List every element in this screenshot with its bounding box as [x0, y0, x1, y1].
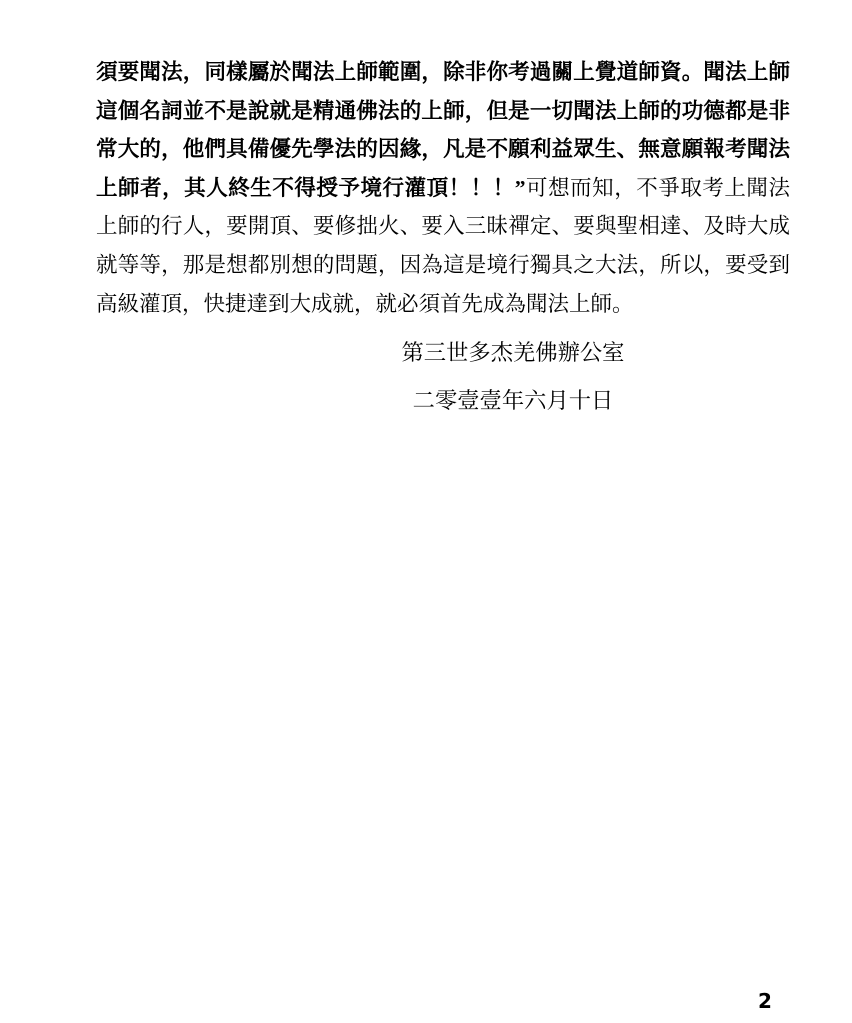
signature-date: 二零壹壹年六月十日: [236, 384, 790, 418]
signature-organization: 第三世多杰羌佛辦公室: [236, 336, 790, 370]
paragraph-line: 上師者，其人終生不得授予境行灌頂！！！”可想而知，不爭取考上聞法: [96, 169, 790, 208]
regular-text: 上師的行人，要開頂、要修拙火、要入三昧禪定、要與聖相達、及時大成: [96, 214, 790, 238]
paragraph-line: 這個名詞並不是說就是精通佛法的上師，但是一切聞法上師的功德都是非: [96, 92, 790, 131]
regular-text: 可想而知，不爭取考上聞法: [526, 176, 790, 200]
bold-text: 須要聞法，同樣屬於聞法上師範圍，除非你考過關上覺道師資。聞法上師: [96, 60, 790, 84]
regular-text: 高級灌頂，快捷達到大成就，就必須首先成為聞法上師。: [96, 292, 634, 316]
regular-text: 就等等，那是想都別想的問題，因為這是境行獨具之大法，所以，要受到: [96, 253, 790, 277]
paragraph-line: 高級灌頂，快捷達到大成就，就必須首先成為聞法上師。: [96, 285, 790, 324]
paragraph-line: 常大的，他們具備優先學法的因緣，凡是不願利益眾生、無意願報考聞法: [96, 130, 790, 169]
paragraph-line: 須要聞法，同樣屬於聞法上師範圍，除非你考過關上覺道師資。聞法上師: [96, 53, 790, 92]
paragraph-line: 就等等，那是想都別想的問題，因為這是境行獨具之大法，所以，要受到: [96, 246, 790, 285]
paragraph-line: 上師的行人，要開頂、要修拙火、要入三昧禪定、要與聖相達、及時大成: [96, 207, 790, 246]
document-page: 須要聞法，同樣屬於聞法上師範圍，除非你考過關上覺道師資。聞法上師 這個名詞並不是…: [0, 0, 852, 1023]
page-number: 2: [750, 989, 780, 1013]
paragraph: 須要聞法，同樣屬於聞法上師範圍，除非你考過關上覺道師資。聞法上師 這個名詞並不是…: [96, 53, 790, 323]
bold-text: 常大的，他們具備優先學法的因緣，凡是不願利益眾生、無意願報考聞法: [96, 137, 790, 161]
bold-text: 上師者，其人終生不得授予境行灌頂！！！”: [96, 176, 526, 200]
bold-text: 這個名詞並不是說就是精通佛法的上師，但是一切聞法上師的功德都是非: [96, 99, 790, 123]
